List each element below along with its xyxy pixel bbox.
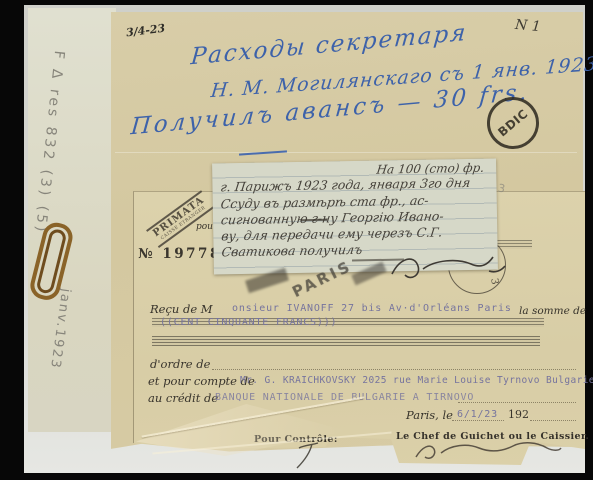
page-number-topright: N 1: [514, 17, 541, 35]
slip-signature: [378, 244, 508, 286]
ordre-label: d'ordre de: [150, 357, 210, 371]
bdic-stamp-label: BDIC: [495, 107, 530, 140]
somme-label: la somme de: [519, 305, 586, 317]
paperclip-icon: [20, 216, 96, 312]
receipt-number: № 19778: [138, 246, 222, 262]
year-blank-line: [530, 419, 576, 421]
compte-value: Mr. G. KRAICHKOVSKY 2025 rue Marie Louis…: [240, 375, 593, 386]
credit-label: au crédit de: [148, 391, 218, 405]
strikethrough-band: [152, 336, 540, 346]
recu-label: Reçu de M: [150, 302, 213, 316]
credit-blank-line: [458, 401, 576, 403]
date-blank-line: [452, 419, 504, 421]
compte-label: et pour compte de: [148, 374, 255, 388]
fold-crease-horizontal: [115, 152, 577, 153]
pour-printed-fragment: pou: [196, 222, 213, 232]
controle-mark-signature: [292, 440, 326, 470]
place-label: Paris, le: [406, 408, 453, 422]
cashier-signature: [410, 437, 565, 465]
recu-value: onsieur IVANOFF 27 bis Av·d'Orléans Pari…: [232, 303, 512, 314]
scanned-document-photo: F Δ res 832 (3) (5) janv.1923 3/4-23 N 1…: [0, 0, 593, 480]
ordre-blank-line: [212, 368, 576, 370]
amount-value: ((CENT CINQUANTE FRANCS))): [160, 317, 337, 328]
year-printed: 192: [508, 408, 529, 421]
